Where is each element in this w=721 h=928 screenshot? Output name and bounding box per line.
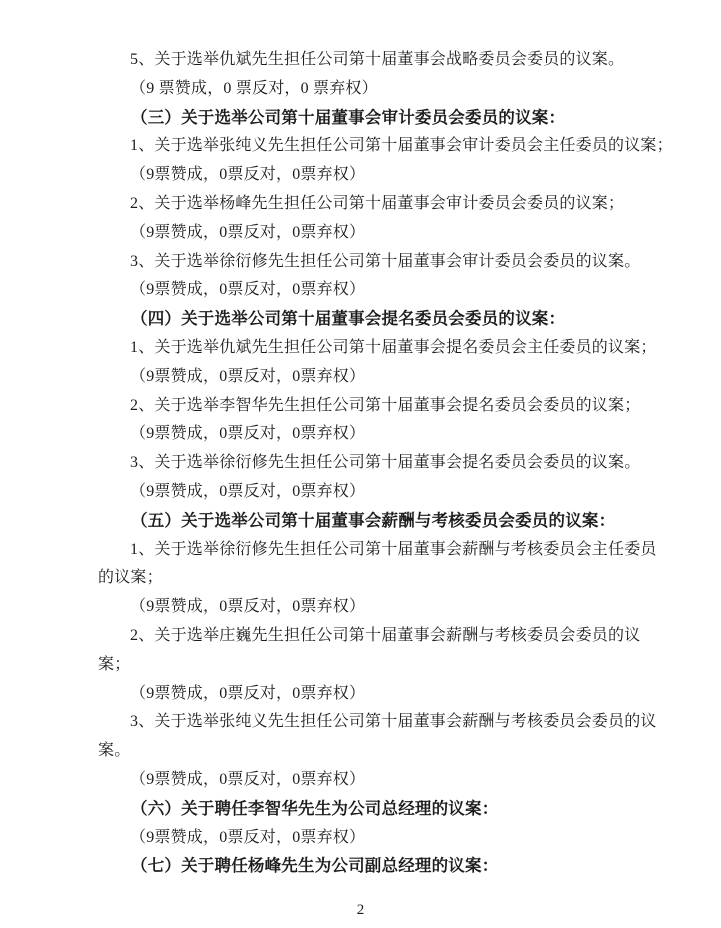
doc-heading-line: （五）关于选举公司第十届董事会薪酬与考核委员会委员的议案： bbox=[98, 507, 661, 536]
doc-text-line: 案。 bbox=[98, 737, 661, 766]
doc-text-line: （9票赞成，0票反对，0票弃权） bbox=[98, 363, 661, 392]
doc-text-line: （9票赞成，0票反对，0票弃权） bbox=[98, 824, 661, 853]
doc-text-line: 1、关于选举仇斌先生担任公司第十届董事会提名委员会主任委员的议案； bbox=[98, 334, 661, 363]
doc-text-line: （9票赞成，0票反对，0票弃权） bbox=[98, 420, 661, 449]
doc-text-line: （9票赞成，0票反对，0票弃权） bbox=[98, 276, 661, 305]
doc-text-line: 5、关于选举仇斌先生担任公司第十届董事会战略委员会委员的议案。 bbox=[98, 46, 661, 75]
doc-text-line: （9票赞成，0票反对，0票弃权） bbox=[98, 161, 661, 190]
doc-text-line: 案； bbox=[98, 651, 661, 680]
doc-text-line: 的议案； bbox=[98, 564, 661, 593]
doc-heading-line: （六）关于聘任李智华先生为公司总经理的议案： bbox=[98, 795, 661, 824]
doc-text-line: （9票赞成，0票反对，0票弃权） bbox=[98, 219, 661, 248]
doc-text-line: 2、关于选举庄巍先生担任公司第十届董事会薪酬与考核委员会委员的议 bbox=[98, 622, 661, 651]
doc-heading-line: （三）关于选举公司第十届董事会审计委员会委员的议案： bbox=[98, 104, 661, 133]
doc-text-line: 1、关于选举张纯义先生担任公司第十届董事会审计委员会主任委员的议案； bbox=[98, 132, 661, 161]
document-body: 5、关于选举仇斌先生担任公司第十届董事会战略委员会委员的议案。（9 票赞成，0 … bbox=[98, 46, 661, 881]
doc-text-line: （9 票赞成，0 票反对，0 票弃权） bbox=[98, 75, 661, 104]
doc-text-line: 3、关于选举徐衍修先生担任公司第十届董事会提名委员会委员的议案。 bbox=[98, 449, 661, 478]
doc-heading-line: （四）关于选举公司第十届董事会提名委员会委员的议案： bbox=[98, 305, 661, 334]
document-page: 5、关于选举仇斌先生担任公司第十届董事会战略委员会委员的议案。（9 票赞成，0 … bbox=[0, 0, 721, 928]
doc-text-line: （9票赞成，0票反对，0票弃权） bbox=[98, 766, 661, 795]
doc-text-line: 3、关于选举徐衍修先生担任公司第十届董事会审计委员会委员的议案。 bbox=[98, 248, 661, 277]
doc-text-line: （9票赞成，0票反对，0票弃权） bbox=[98, 593, 661, 622]
doc-text-line: 2、关于选举李智华先生担任公司第十届董事会提名委员会委员的议案； bbox=[98, 392, 661, 421]
doc-text-line: 3、关于选举张纯义先生担任公司第十届董事会薪酬与考核委员会委员的议 bbox=[98, 708, 661, 737]
doc-text-line: 2、关于选举杨峰先生担任公司第十届董事会审计委员会委员的议案； bbox=[98, 190, 661, 219]
doc-text-line: 1、关于选举徐衍修先生担任公司第十届董事会薪酬与考核委员会主任委员 bbox=[98, 536, 661, 565]
doc-text-line: （9票赞成，0票反对，0票弃权） bbox=[98, 680, 661, 709]
doc-heading-line: （七）关于聘任杨峰先生为公司副总经理的议案： bbox=[98, 852, 661, 881]
doc-text-line: （9票赞成，0票反对，0票弃权） bbox=[98, 478, 661, 507]
page-number: 2 bbox=[0, 900, 721, 920]
